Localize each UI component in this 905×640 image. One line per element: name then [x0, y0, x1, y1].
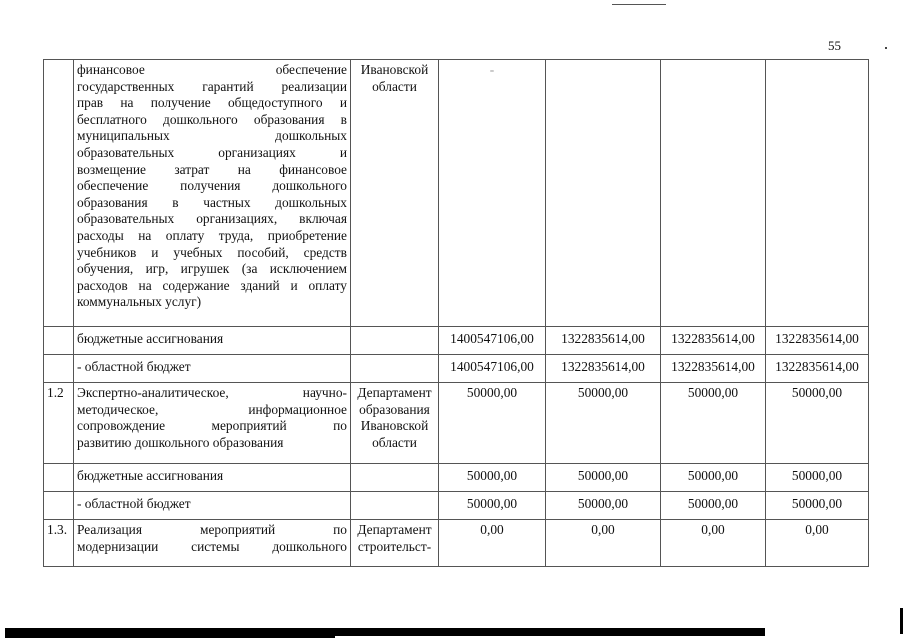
- value-cell: [661, 60, 766, 327]
- scan-speck: [885, 47, 887, 49]
- table-row-continued: финансовое обеспечение государственных г…: [44, 60, 869, 327]
- table-row-regional-budget: - областной бюджет 1400547106,00 1322835…: [44, 355, 869, 383]
- value-cell: 1322835614,00: [661, 327, 766, 355]
- executor-cell: [351, 327, 439, 355]
- row-number-cell: [44, 60, 74, 327]
- table-row-1-3: 1.3. Реализация мероприятий по модерниза…: [44, 520, 869, 567]
- desc-line: бесплатного дошкольного образования в: [77, 112, 347, 129]
- value-cell: 50000,00: [766, 464, 869, 492]
- value-cell: 50000,00: [546, 492, 661, 520]
- row-number-cell: [44, 355, 74, 383]
- row-number-cell: [44, 492, 74, 520]
- desc-line: обучения, игр, игрушек (за исключением: [77, 261, 347, 278]
- row-label: - областной бюджет: [74, 355, 351, 383]
- value-cell: -: [439, 60, 546, 327]
- row-number-cell: 1.3.: [44, 520, 74, 567]
- row-number-cell: [44, 464, 74, 492]
- desc-line: государственных гарантий реализации: [77, 79, 347, 96]
- desc-line: методическое, информационное: [77, 402, 347, 419]
- table-row-allocations: бюджетные ассигнования 50000,00 50000,00…: [44, 464, 869, 492]
- value-cell: 0,00: [439, 520, 546, 567]
- row-label: бюджетные ассигнования: [74, 464, 351, 492]
- desc-line: расходы на оплату труда, приобретение: [77, 228, 347, 245]
- desc-line: обеспечение получения дошкольного: [77, 178, 347, 195]
- executor-cell: Департамент строительст-: [351, 520, 439, 567]
- executor-cell: Департамент образования Ивановской облас…: [351, 383, 439, 464]
- executor-line: области: [354, 435, 435, 452]
- value-cell: 1322835614,00: [546, 327, 661, 355]
- desc-line: возмещение затрат на финансовое: [77, 162, 347, 179]
- row-number-cell: [44, 327, 74, 355]
- row-number-cell: 1.2: [44, 383, 74, 464]
- activity-description: финансовое обеспечение государственных г…: [74, 60, 351, 327]
- value-cell: 50000,00: [661, 492, 766, 520]
- value-cell: 1322835614,00: [766, 327, 869, 355]
- value-cell: 50000,00: [766, 383, 869, 464]
- desc-line: развитию дошкольного образования: [77, 435, 347, 452]
- desc-line: учебников и учебных пособий, средств: [77, 245, 347, 262]
- budget-table: финансовое обеспечение государственных г…: [43, 59, 869, 567]
- activity-description: Экспертно-аналитическое, научно- методич…: [74, 383, 351, 464]
- executor-line: Ивановской: [354, 62, 435, 79]
- value-cell: 50000,00: [661, 383, 766, 464]
- desc-line: сопровождение мероприятий по: [77, 418, 347, 435]
- value-cell: 50000,00: [766, 492, 869, 520]
- scan-artifact-bottom-bar: [5, 634, 335, 638]
- executor-line: строительст-: [354, 539, 435, 556]
- executor-cell: [351, 492, 439, 520]
- value-cell: 50000,00: [546, 464, 661, 492]
- value-cell: 0,00: [546, 520, 661, 567]
- executor-line: образования: [354, 402, 435, 419]
- executor-cell: [351, 355, 439, 383]
- desc-line: образовательных организациях, включая: [77, 211, 347, 228]
- value-cell: 1400547106,00: [439, 355, 546, 383]
- scan-artifact-right-edge: [900, 608, 903, 634]
- executor-line: Департамент: [354, 522, 435, 539]
- executor-cell: [351, 464, 439, 492]
- row-label: - областной бюджет: [74, 492, 351, 520]
- table-row-1-2: 1.2 Экспертно-аналитическое, научно- мет…: [44, 383, 869, 464]
- value-cell: 50000,00: [439, 492, 546, 520]
- executor-line: области: [354, 79, 435, 96]
- table-row-regional-budget: - областной бюджет 50000,00 50000,00 500…: [44, 492, 869, 520]
- table-row-allocations: бюджетные ассигнования 1400547106,00 132…: [44, 327, 869, 355]
- value-cell: 50000,00: [439, 383, 546, 464]
- value-cell: [546, 60, 661, 327]
- page-number: 55: [828, 38, 841, 54]
- value-cell: [766, 60, 869, 327]
- executor-cell: Ивановской области: [351, 60, 439, 327]
- value-cell: 50000,00: [661, 464, 766, 492]
- executor-line: Департамент: [354, 385, 435, 402]
- desc-line: образования в частных дошкольных: [77, 195, 347, 212]
- value-cell: 1322835614,00: [661, 355, 766, 383]
- scan-artifact-top-rule: [612, 4, 666, 5]
- value-cell: 1322835614,00: [766, 355, 869, 383]
- desc-line: расходов на содержание зданий и оплату: [77, 278, 347, 295]
- desc-line: Экспертно-аналитическое, научно-: [77, 385, 347, 402]
- value-cell: 0,00: [766, 520, 869, 567]
- desc-line: Реализация мероприятий по: [77, 522, 347, 539]
- value-cell: 0,00: [661, 520, 766, 567]
- desc-line: муниципальных дошкольных: [77, 128, 347, 145]
- value-cell: 1400547106,00: [439, 327, 546, 355]
- value-cell: 1322835614,00: [546, 355, 661, 383]
- desc-line: модернизации системы дошкольного: [77, 539, 347, 556]
- value-cell: 50000,00: [439, 464, 546, 492]
- executor-line: Ивановской: [354, 418, 435, 435]
- activity-description: Реализация мероприятий по модернизации с…: [74, 520, 351, 567]
- desc-line: финансовое обеспечение: [77, 62, 347, 79]
- desc-line: прав на получение общедоступного и: [77, 95, 347, 112]
- row-label: бюджетные ассигнования: [74, 327, 351, 355]
- value-cell: 50000,00: [546, 383, 661, 464]
- desc-line: образовательных организациях и: [77, 145, 347, 162]
- desc-line: коммунальных услуг): [77, 294, 347, 311]
